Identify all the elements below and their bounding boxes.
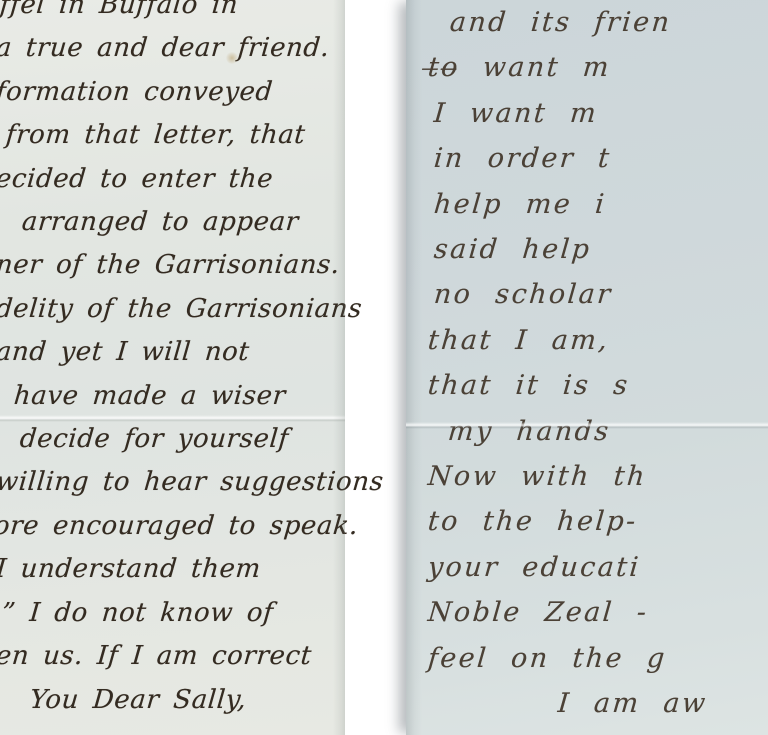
text-line: said help: [432, 227, 768, 272]
text-line: t̶o̶ want m: [426, 45, 768, 90]
text-line: Noble Zeal -: [426, 590, 768, 635]
text-line: my hands: [446, 409, 768, 454]
page-edge-shadow: [333, 0, 345, 735]
page-edge-shadow: [406, 0, 422, 735]
text-line: in order t: [432, 136, 768, 181]
text-line: no scholar: [432, 272, 768, 317]
text-line: feel on the g: [426, 636, 768, 681]
text-line: help me i: [432, 182, 768, 227]
text-line: I want m: [432, 91, 768, 136]
text-line: that I am,: [426, 318, 768, 363]
text-line: I am aw: [556, 681, 768, 726]
text-line: to the help-: [426, 499, 768, 544]
text-line: and its frien: [448, 0, 768, 45]
letter-photograph: ffel in Buffalo ina true and dear friend…: [0, 0, 768, 735]
text-line: that it is s: [426, 363, 768, 408]
right-page-text: and its frient̶o̶ want mI want min order…: [426, 0, 768, 727]
text-line: Now with th: [426, 454, 768, 499]
letter-page-right: and its frient̶o̶ want mI want min order…: [406, 0, 768, 735]
text-line: your educati: [426, 545, 768, 590]
letter-page-left: ffel in Buffalo ina true and dear friend…: [0, 0, 345, 735]
